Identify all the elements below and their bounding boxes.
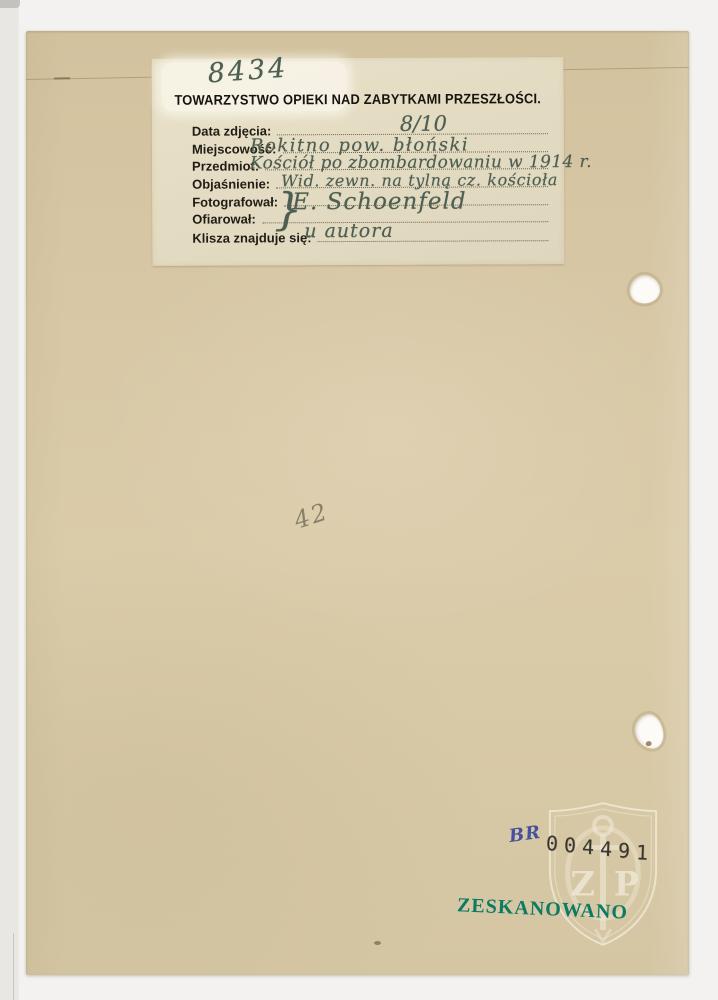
scanner-left-edge — [0, 0, 19, 1000]
pencil-note: 42 — [291, 497, 333, 534]
paper-hole-bottom — [633, 712, 666, 751]
field-label: Ofiarował: — [192, 211, 256, 226]
emblem-letter-p: P — [614, 865, 639, 904]
crease-dark-segment — [54, 77, 70, 79]
scanned-photo-reverse: 8434 TOWARZYSTWO OPIEKI NAD ZABYTKAMI PR… — [0, 0, 718, 1000]
stamp-number: 004491 — [546, 831, 655, 859]
handwritten-note: Wid. zewn. na tylną cz. kościoła — [281, 170, 558, 190]
handwritten-archive-number: 8434 — [207, 53, 290, 90]
scan-margin-line — [13, 933, 14, 1000]
catalog-letters: BR — [508, 822, 543, 847]
field-label: Fotografował: — [192, 194, 278, 209]
handwritten-date: 8/10 — [400, 112, 447, 136]
paper-hole-top — [626, 271, 663, 308]
field-label: Objaśnienie: — [192, 176, 270, 191]
photo-reverse-paper: 8434 TOWARZYSTWO OPIEKI NAD ZABYTKAMI PR… — [26, 31, 689, 975]
paper-speck — [374, 941, 381, 945]
scanner-corner-smudge — [0, 0, 20, 8]
archive-label: 8434 TOWARZYSTWO OPIEKI NAD ZABYTKAMI PR… — [152, 57, 565, 266]
label-header: TOWARZYSTWO OPIEKI NAD ZABYTKAMI PRZESZŁ… — [168, 90, 547, 108]
hole-speck — [645, 741, 652, 747]
emblem-letter-z: Z — [571, 865, 595, 904]
tonzp-shield-emblem-icon: Z P — [544, 799, 662, 949]
handwritten-photographer: E. Schoenfeld — [292, 189, 466, 216]
handwritten-plate-location: u autora — [304, 220, 393, 242]
